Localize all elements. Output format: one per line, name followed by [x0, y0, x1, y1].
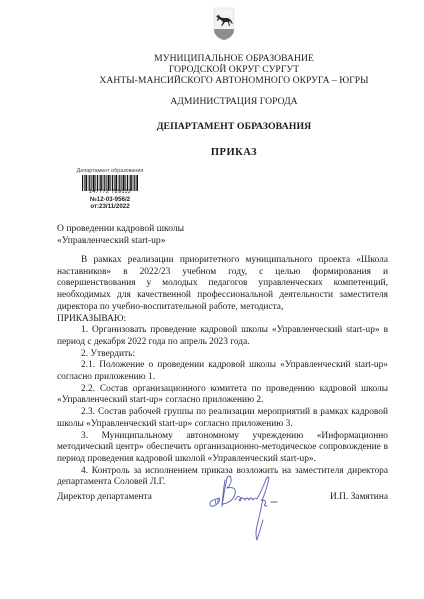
order-item-1: 1. Организовать проведение кадровой школ… [57, 325, 388, 348]
registration-date: от:23/11/2022 [68, 203, 152, 210]
document-page: МУНИЦИПАЛЬНОЕ ОБРАЗОВАНИЕ ГОРОДСКОЙ ОКРУ… [0, 0, 424, 599]
order-item-2-2: 2.2. Состав организационного комитета по… [57, 384, 388, 407]
municipality-header: МУНИЦИПАЛЬНОЕ ОБРАЗОВАНИЕ ГОРОДСКОЙ ОКРУ… [0, 53, 424, 87]
order-subject: О проведении кадровой школы «Управленчес… [57, 223, 184, 246]
department-title: ДЕПАРТАМЕНТ ОБРАЗОВАНИЯ [0, 121, 424, 132]
registration-stamp: Департамент образования [68, 168, 152, 210]
handwritten-signature-icon [205, 470, 291, 550]
subject-line-1: О проведении кадровой школы [57, 223, 184, 235]
order-body: В рамках реализации приоритетного муници… [57, 255, 388, 489]
header-line-3: ХАНТЫ-МАНСИЙСКОГО АВТОНОМНОГО ОКРУГА – Ю… [44, 75, 424, 86]
preamble-paragraph: В рамках реализации приоритетного муници… [57, 255, 388, 314]
order-item-2-1: 2.1. Положение о проведении кадровой шко… [57, 360, 388, 383]
order-item-3: 3. Муниципальному автономному учреждению… [57, 431, 388, 466]
order-word: ПРИКАЗЫВАЮ: [57, 314, 388, 326]
header-line-1: МУНИЦИПАЛЬНОЕ ОБРАЗОВАНИЕ [44, 53, 424, 64]
signatory-title: Директор департамента [57, 492, 152, 504]
registration-number: №12-03-956/2 [68, 196, 152, 203]
order-item-2: 2. Утвердить: [57, 349, 388, 361]
stamp-organization: Департамент образования [68, 168, 152, 174]
administration-title: АДМИНИСТРАЦИЯ ГОРОДА [0, 96, 424, 107]
header-line-2: ГОРОДСКОЙ ОКРУГ СУРГУТ [44, 64, 424, 75]
document-type-title: ПРИКАЗ [0, 147, 424, 158]
order-item-2-3: 2.3. Состав рабочей группы по реализации… [57, 407, 388, 430]
subject-line-2: «Управленческий start-up» [57, 235, 184, 247]
surgut-coat-of-arms-icon [213, 7, 235, 41]
signatory-name: И.П. Замятина [330, 492, 388, 504]
